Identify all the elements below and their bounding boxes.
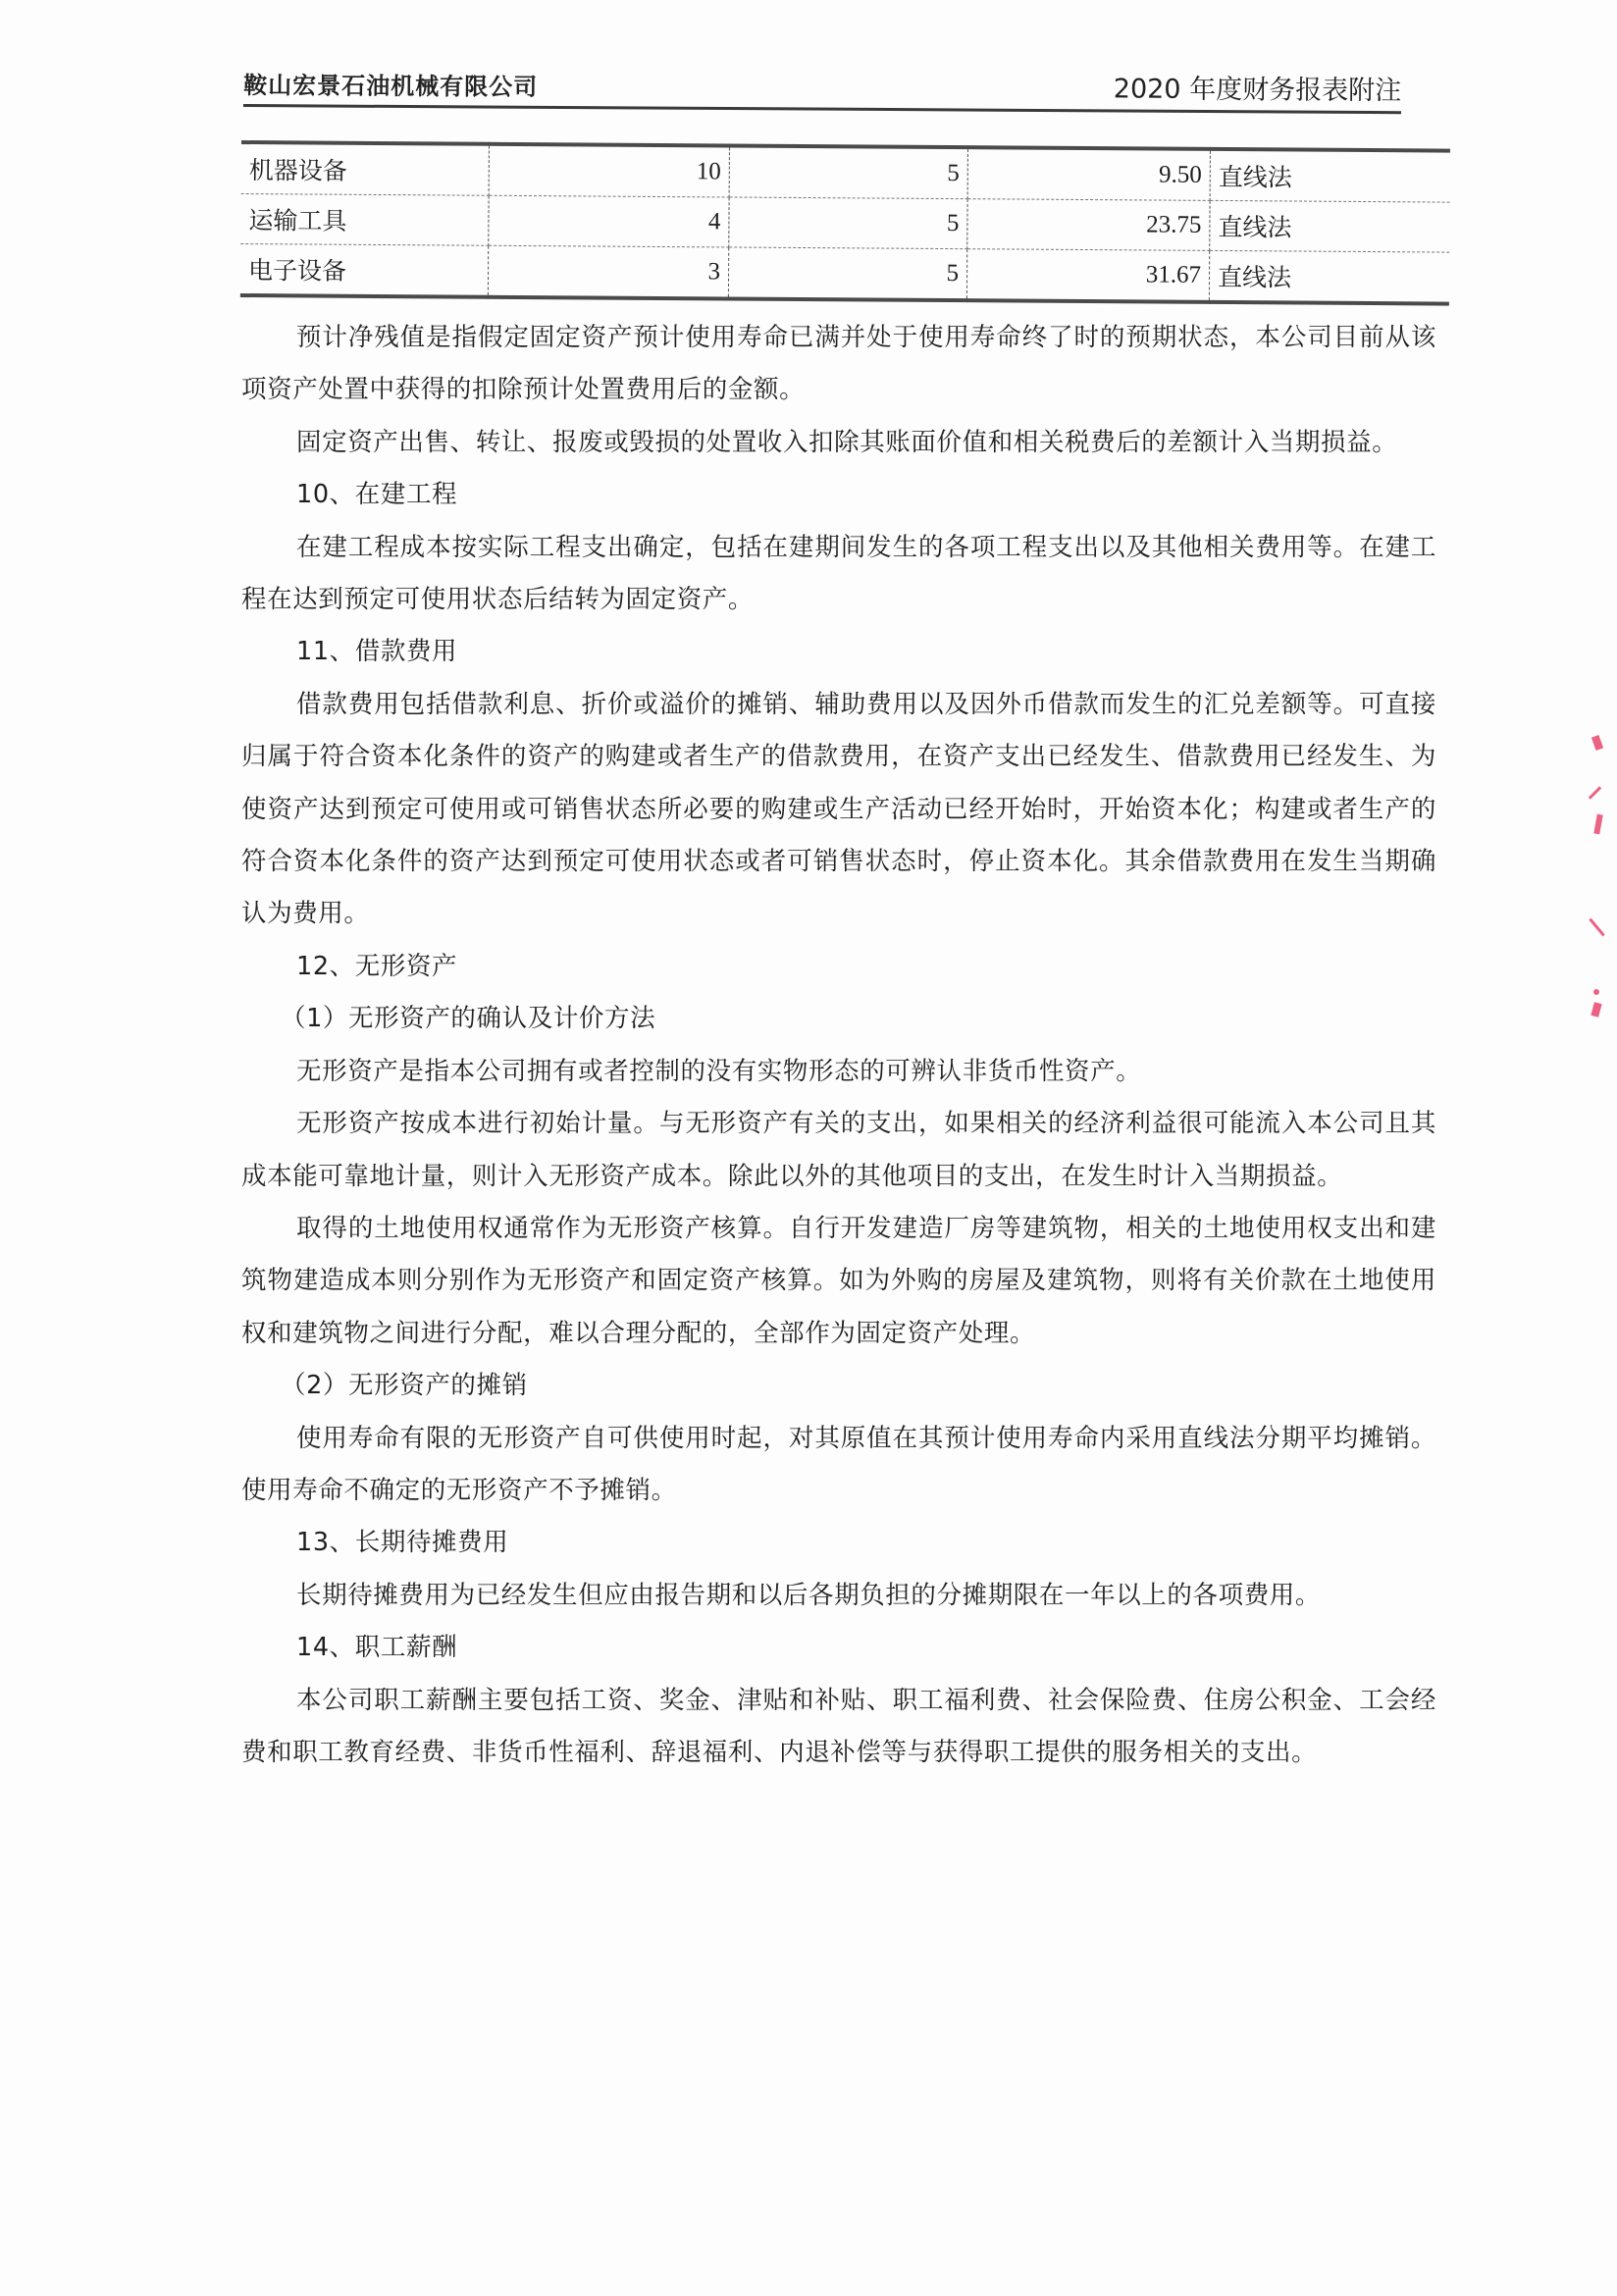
seal-stamp-fragment-icon — [1588, 687, 1609, 1020]
document-page: 鞍山宏景石油机械有限公司 2020 年度财务报表附注 机器设备 10 5 9.5… — [0, 0, 1617, 2296]
paragraph-residual-value: 预计净残值是指假定固定资产预计使用寿命已满并处于使用寿命终了时的预期状态，本公司… — [241, 312, 1436, 417]
paragraph-intangible-measurement: 无形资产按成本进行初始计量。与无形资产有关的支出，如果相关的经济利益很可能流入本… — [241, 1098, 1436, 1203]
subsection-title-amortization: （2）无形资产的摊销 — [241, 1360, 1436, 1412]
page-header: 鞍山宏景石油机械有限公司 2020 年度财务报表附注 — [243, 61, 1401, 114]
paragraph-disposal: 固定资产出售、转让、报废或毁损的处置收入扣除其账面价值和相关税费后的差额计入当期… — [241, 417, 1436, 469]
section-title-intangible: 12、无形资产 — [241, 941, 1436, 993]
residual-rate-cell: 5 — [729, 197, 967, 249]
table-row: 运输工具 4 5 23.75 直线法 — [240, 193, 1449, 252]
residual-rate-cell: 5 — [729, 145, 967, 198]
method-cell: 直线法 — [1210, 149, 1450, 202]
useful-life-cell: 4 — [489, 195, 729, 247]
paragraph-construction: 在建工程成本按实际工程支出确定，包括在建期间发生的各项工程支出以及其他相关费用等… — [241, 522, 1436, 627]
section-title-prepaid: 13、长期待摊费用 — [241, 1517, 1436, 1569]
table-row: 电子设备 3 5 31.67 直线法 — [240, 243, 1449, 303]
section-title-borrowing: 11、借款费用 — [241, 626, 1436, 678]
report-title: 2020 年度财务报表附注 — [1114, 67, 1402, 107]
category-cell: 电子设备 — [240, 243, 489, 296]
paragraph-intangible-definition: 无形资产是指本公司拥有或者控制的没有实物形态的可辨认非货币性资产。 — [241, 1046, 1436, 1098]
annual-rate-cell: 23.75 — [967, 199, 1210, 251]
company-name: 鞍山宏景石油机械有限公司 — [243, 66, 538, 102]
residual-rate-cell: 5 — [728, 247, 966, 300]
subsection-title-recognition: （1）无形资产的确认及计价方法 — [241, 993, 1436, 1045]
depreciation-table: 机器设备 10 5 9.50 直线法 运输工具 4 5 23.75 直线法 电子… — [240, 140, 1450, 306]
category-cell: 运输工具 — [240, 193, 489, 245]
notes-body: 预计净残值是指假定固定资产预计使用寿命已满并处于使用寿命终了时的预期状态，本公司… — [241, 312, 1436, 1779]
method-cell: 直线法 — [1210, 200, 1450, 252]
table-row: 机器设备 10 5 9.50 直线法 — [241, 142, 1450, 202]
category-cell: 机器设备 — [241, 142, 490, 195]
paragraph-amortization: 使用寿命有限的无形资产自可供使用时起，对其原值在其预计使用寿命内采用直线法分期平… — [241, 1413, 1436, 1518]
annual-rate-cell: 31.67 — [966, 249, 1209, 302]
useful-life-cell: 3 — [488, 245, 728, 298]
paragraph-borrowing: 借款费用包括借款利息、折价或溢价的摊销、辅助费用以及因外币借款而发生的汇兑差额等… — [241, 679, 1436, 941]
paragraph-land-use-rights: 取得的土地使用权通常作为无形资产核算。自行开发建造厂房等建筑物，相关的土地使用权… — [241, 1203, 1436, 1360]
section-title-construction: 10、在建工程 — [241, 469, 1436, 521]
section-title-compensation: 14、职工薪酬 — [241, 1622, 1436, 1674]
paragraph-prepaid: 长期待摊费用为已经发生但应由报告期和以后各期负担的分摊期限在一年以上的各项费用。 — [241, 1570, 1436, 1622]
annual-rate-cell: 9.50 — [967, 147, 1210, 200]
method-cell: 直线法 — [1209, 250, 1449, 303]
paragraph-compensation: 本公司职工薪酬主要包括工资、奖金、津贴和补贴、职工福利费、社会保险费、住房公积金… — [241, 1675, 1436, 1780]
useful-life-cell: 10 — [489, 144, 729, 197]
